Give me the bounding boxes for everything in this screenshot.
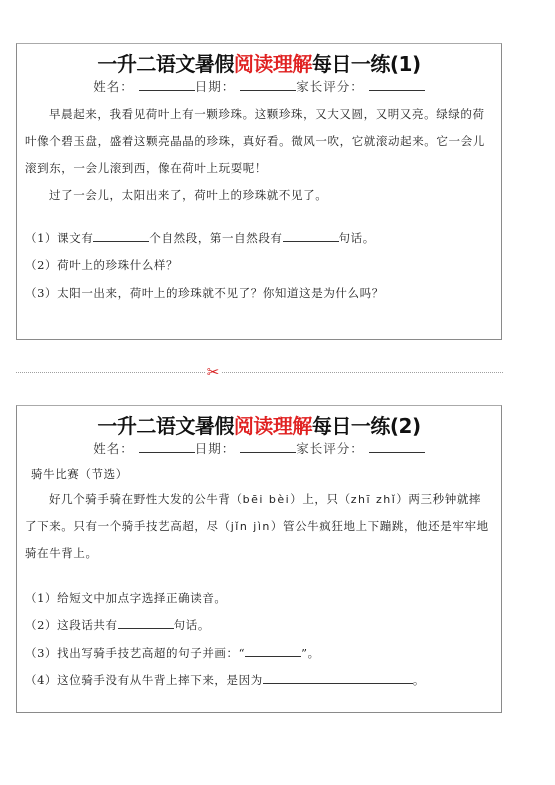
answer-blank[interactable] <box>283 230 339 242</box>
title-highlight: 阅读理解 <box>234 52 312 76</box>
pinyin-options: zhī zhǐ <box>351 493 397 506</box>
date-field[interactable] <box>240 79 296 91</box>
pinyin-options: bēi bèi <box>243 493 291 506</box>
question-3: （3）太阳一出来，荷叶上的珍珠就不见了？你知道这是为什么吗？ <box>25 285 493 301</box>
parent-score-field[interactable] <box>369 441 425 453</box>
date-label: 日期： <box>195 441 236 456</box>
worksheet-2-title: 一升二语文暑假阅读理解每日一练(2) <box>17 410 501 439</box>
passage-paragraph: 好几个骑手骑在野性大发的公牛背（bēi bèi）上，只（zhī zhǐ）两三秒钟… <box>25 486 493 567</box>
answer-blank[interactable] <box>263 672 413 684</box>
name-label: 姓名： <box>93 79 134 94</box>
name-field[interactable] <box>139 441 195 453</box>
question-1: （1）给短文中加点字选择正确读音。 <box>25 590 493 606</box>
title-text: 一升二语文暑假 <box>97 52 234 76</box>
question-text: 句话。 <box>174 618 210 632</box>
question-text: ”。 <box>301 646 320 660</box>
date-field[interactable] <box>240 441 296 453</box>
title-text-end: 每日一练(2) <box>312 414 421 438</box>
pinyin-options: jǐn jìn <box>231 520 271 533</box>
title-text-end: 每日一练(1) <box>312 52 421 76</box>
parent-score-label: 家长评分： <box>296 79 364 94</box>
question-2: （2）荷叶上的珍珠什么样？ <box>25 257 493 273</box>
answer-blank[interactable] <box>118 617 174 629</box>
cut-line-divider <box>16 372 503 373</box>
passage-title: 骑牛比赛（节选） <box>31 466 493 482</box>
question-text: （4）这位骑手没有从牛背上摔下来，是因为 <box>25 673 263 687</box>
worksheet-2: 一升二语文暑假阅读理解每日一练(2) 姓名： 日期： 家长评分： 骑牛比赛（节选… <box>16 405 502 713</box>
date-label: 日期： <box>195 79 236 94</box>
question-text: （3）找出写骑手技艺高超的句子并画：“ <box>25 646 245 660</box>
passage-paragraph-2: 过了一会儿，太阳出来了，荷叶上的珍珠就不见了。 <box>25 182 493 209</box>
question-text: 。 <box>413 673 425 687</box>
student-info-row: 姓名： 日期： 家长评分： <box>17 77 501 95</box>
name-label: 姓名： <box>93 441 134 456</box>
question-text: 句话。 <box>339 231 375 245</box>
name-field[interactable] <box>139 79 195 91</box>
parent-score-label: 家长评分： <box>296 441 364 456</box>
question-1: （1）课文有个自然段，第一自然段有句话。 <box>25 230 493 246</box>
passage-text: ）上，只（ <box>290 492 351 506</box>
question-text: 个自然段，第一自然段有 <box>149 231 282 245</box>
parent-score-field[interactable] <box>369 79 425 91</box>
question-text: （2）这段话共有 <box>25 618 118 632</box>
student-info-row: 姓名： 日期： 家长评分： <box>17 439 501 457</box>
passage-text: 好几个骑手骑在野性大发的公牛背（ <box>49 492 243 506</box>
worksheet-1-title: 一升二语文暑假阅读理解每日一练(1) <box>17 48 501 77</box>
question-text: （1）课文有 <box>25 231 93 245</box>
title-text: 一升二语文暑假 <box>97 414 234 438</box>
worksheet-1: 一升二语文暑假阅读理解每日一练(1) 姓名： 日期： 家长评分： 早晨起来，我看… <box>16 43 502 340</box>
question-3: （3）找出写骑手技艺高超的句子并画：“”。 <box>25 645 493 661</box>
passage-paragraph-1: 早晨起来，我看见荷叶上有一颗珍珠。这颗珍珠，又大又圆，又明又亮。绿绿的荷叶像个碧… <box>25 101 493 182</box>
answer-blank[interactable] <box>93 230 149 242</box>
question-4: （4）这位骑手没有从牛背上摔下来，是因为。 <box>25 672 493 688</box>
answer-blank[interactable] <box>245 645 301 657</box>
scissors-icon: ✂ <box>205 364 221 380</box>
title-highlight: 阅读理解 <box>234 414 312 438</box>
question-2: （2）这段话共有句话。 <box>25 617 493 633</box>
